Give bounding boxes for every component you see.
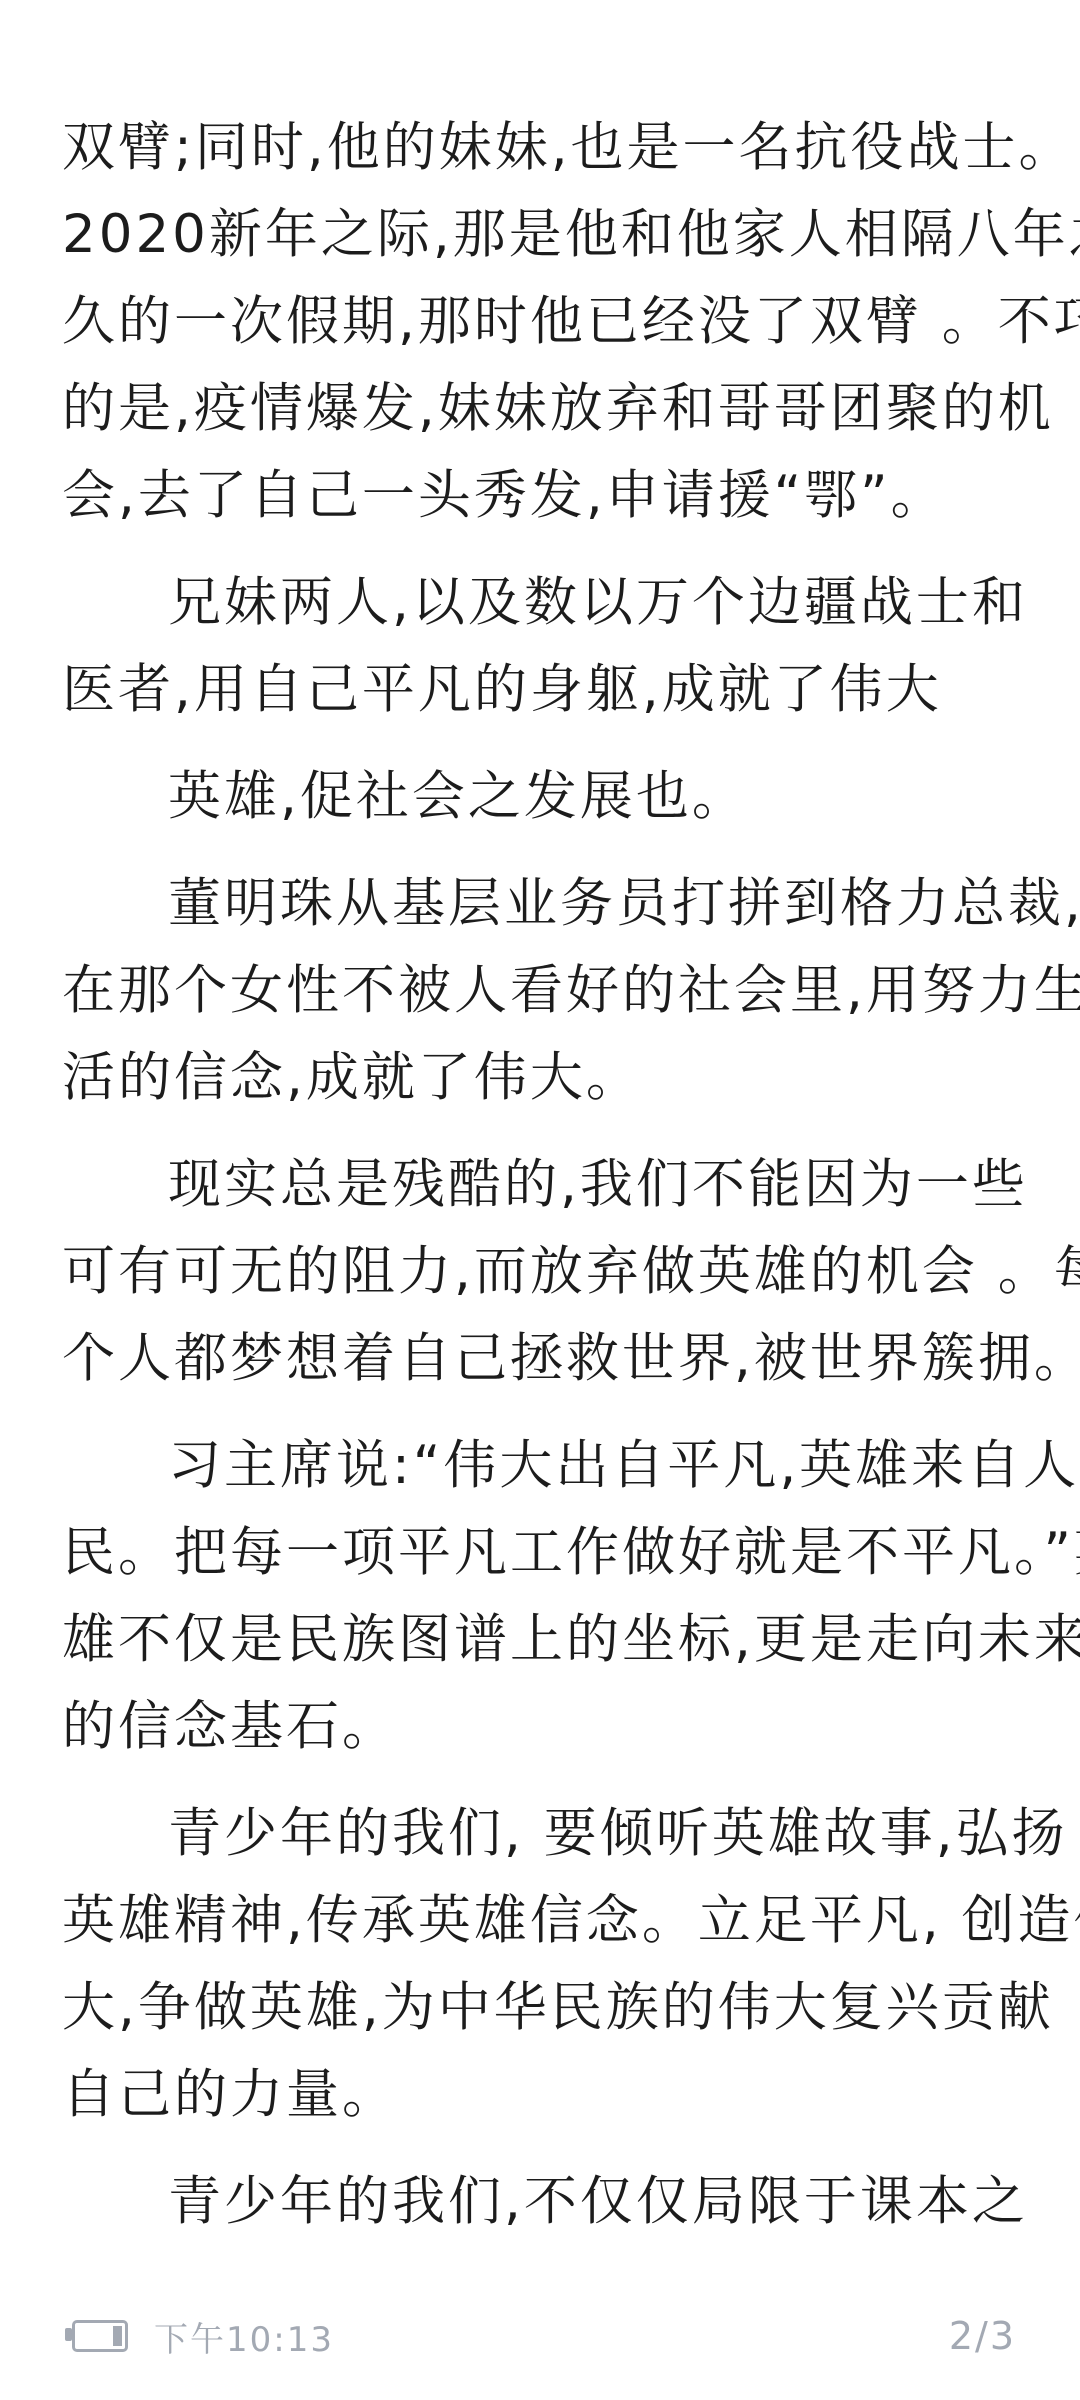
status-bar: 下午10:13 2/3: [0, 2312, 1080, 2360]
essay-line-text: 双臂;同时,他的妹妹,也是一名抗役战士。: [62, 117, 1075, 178]
essay-line-text: 医者,用自己平凡的身躯,成就了伟大: [62, 659, 942, 720]
essay-line-text: 的是,疫情爆发,妹妹放弃和哥哥团聚的机: [62, 378, 1054, 439]
essay-line: 英雄,促社会之发展也。: [62, 753, 1022, 840]
essay-line-text: 英雄,促社会之发展也。: [168, 766, 748, 827]
essay-line: 现实总是残酷的,我们不能因为一些: [62, 1141, 1022, 1228]
reader-page[interactable]: 双臂;同时,他的妹妹,也是一名抗役战士。2020新年之际,那是他和他家人相隔八年…: [0, 0, 1080, 2400]
essay-line: 可有可无的阻力,而放弃做英雄的机会 。每: [62, 1228, 1022, 1315]
essay-line: 医者,用自己平凡的身躯,成就了伟大: [62, 646, 1022, 733]
battery-nub: [65, 2328, 72, 2341]
page-indicator: 2/3: [949, 2314, 1016, 2358]
essay-line-text: 董明珠从基层业务员打拼到格力总裁,: [168, 873, 1080, 934]
essay-line-text: 活的信念,成就了伟大。: [62, 1047, 642, 1108]
essay-line: 民。把每一项平凡工作做好就是不平凡。”英: [62, 1509, 1022, 1596]
essay-line: 青少年的我们, 要倾听英雄故事,弘扬: [62, 1790, 1022, 1877]
essay-line-text: 可有可无的阻力,而放弃做英雄的机会 。每: [62, 1241, 1080, 1302]
essay-line: 久的一次假期,那时他已经没了双臂 。不巧: [62, 278, 1022, 365]
essay-line-text: 大,争做英雄,为中华民族的伟大复兴贡献: [62, 1977, 1054, 2038]
essay-line-text: 的信念基石。: [62, 1696, 398, 1757]
essay-line-text: 现实总是残酷的,我们不能因为一些: [168, 1154, 1028, 1215]
battery-low-icon: [72, 2320, 128, 2352]
essay-line: 2020新年之际,那是他和他家人相隔八年之: [62, 191, 1022, 278]
essay-line: 的是,疫情爆发,妹妹放弃和哥哥团聚的机: [62, 365, 1022, 452]
battery-level: [113, 2326, 122, 2346]
essay-line: 英雄精神,传承英雄信念。立足平凡, 创造伟: [62, 1877, 1022, 1964]
essay-line-text: 自己的力量。: [62, 2064, 398, 2125]
essay-line: 个人都梦想着自己拯救世界,被世界簇拥。: [62, 1315, 1022, 1402]
essay-line: 大,争做英雄,为中华民族的伟大复兴贡献: [62, 1964, 1022, 2051]
essay-line-text: 兄妹两人,以及数以万个边疆战士和: [168, 572, 1028, 633]
essay-line: 青少年的我们,不仅仅局限于课本之: [62, 2158, 1022, 2245]
essay-line: 会,去了自己一头秀发,申请援“鄂”。: [62, 452, 1022, 539]
essay-line-text: 青少年的我们, 要倾听英雄故事,弘扬: [168, 1803, 1068, 1864]
essay-line-text: 个人都梦想着自己拯救世界,被世界簇拥。: [62, 1328, 1080, 1389]
essay-line-text: 在那个女性不被人看好的社会里,用努力生: [62, 960, 1080, 1021]
status-left: 下午10:13: [72, 2312, 334, 2361]
status-time: 下午10:13: [154, 2312, 334, 2361]
essay-line-text: 民。把每一项平凡工作做好就是不平凡。”英: [62, 1522, 1080, 1583]
essay-line-text: 英雄精神,传承英雄信念。立足平凡, 创造伟: [62, 1890, 1080, 1951]
essay-line: 在那个女性不被人看好的社会里,用努力生: [62, 947, 1022, 1034]
essay-line: 董明珠从基层业务员打拼到格力总裁,: [62, 860, 1022, 947]
essay-line: 自己的力量。: [62, 2051, 1022, 2138]
essay-line-text: 会,去了自己一头秀发,申请援“鄂”。: [62, 465, 947, 526]
essay-line-text: 2020新年之际,那是他和他家人相隔八年之: [62, 204, 1080, 265]
essay-line-text: 雄不仅是民族图谱上的坐标,更是走向未来: [62, 1609, 1080, 1670]
essay-text: 双臂;同时,他的妹妹,也是一名抗役战士。2020新年之际,那是他和他家人相隔八年…: [62, 104, 1022, 2245]
essay-line: 活的信念,成就了伟大。: [62, 1034, 1022, 1121]
essay-line: 习主席说:“伟大出自平凡,英雄来自人: [62, 1422, 1022, 1509]
essay-line: 兄妹两人,以及数以万个边疆战士和: [62, 559, 1022, 646]
essay-line-text: 久的一次假期,那时他已经没了双臂 。不巧: [62, 291, 1080, 352]
essay-line-text: 青少年的我们,不仅仅局限于课本之: [168, 2171, 1028, 2232]
essay-line-text: 习主席说:“伟大出自平凡,英雄来自人: [168, 1435, 1079, 1496]
essay-line: 双臂;同时,他的妹妹,也是一名抗役战士。: [62, 104, 1022, 191]
essay-line: 雄不仅是民族图谱上的坐标,更是走向未来: [62, 1596, 1022, 1683]
essay-line: 的信念基石。: [62, 1683, 1022, 1770]
